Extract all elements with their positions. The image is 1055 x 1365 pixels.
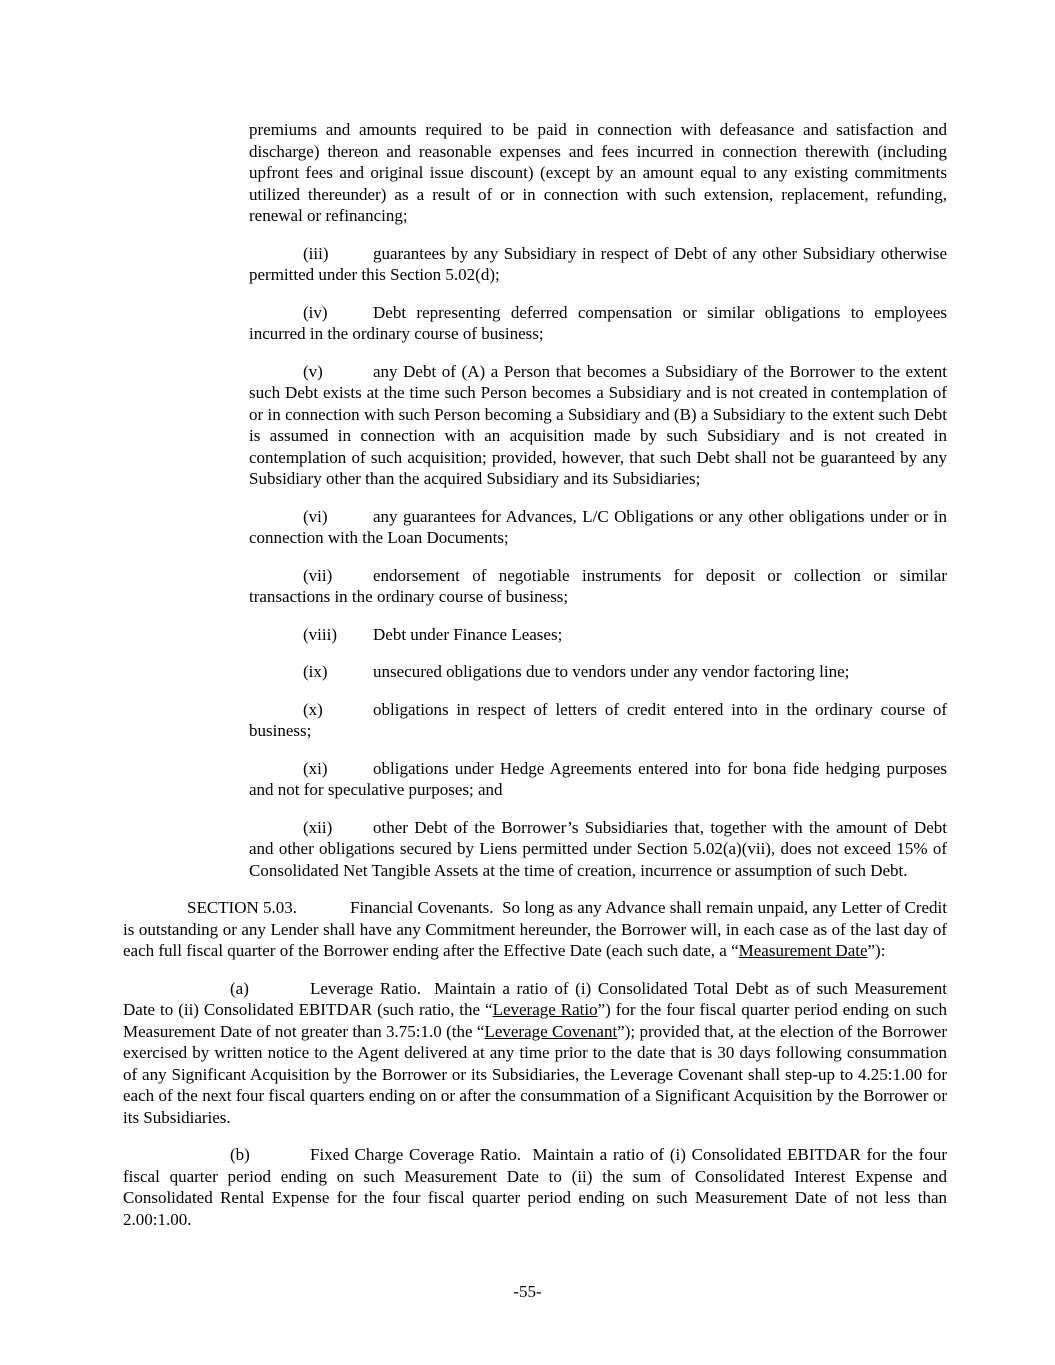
section-number-label: SECTION 5.03. [187,897,350,919]
page-footer: -55- [0,1281,1055,1303]
defined-term-leverage-covenant: Leverage Covenant [484,1022,617,1041]
list-item-label: (viii) [303,624,373,646]
list-item-vii: (vii)endorsement of negotiable instrumen… [249,565,947,608]
list-item-label: (iii) [303,243,373,265]
clause-b-paragraph: (b)Fixed Charge Coverage Ratio. Maintain… [123,1144,947,1230]
list-item-label: (iv) [303,302,373,324]
list-item-label: (xi) [303,758,373,780]
list-item-label: (xii) [303,817,373,839]
list-item-label: (ix) [303,661,373,683]
list-item-iv: (iv)Debt representing deferred compensat… [249,302,947,345]
list-item-label: (vii) [303,565,373,587]
list-item-label: (v) [303,361,373,383]
list-item-viii: (viii)Debt under Finance Leases; [249,624,947,646]
list-item-vi: (vi)any guarantees for Advances, L/C Obl… [249,506,947,549]
document-page: premiums and amounts required to be paid… [0,0,1055,1365]
list-item-text: unsecured obligations due to vendors und… [373,662,849,681]
document-body: premiums and amounts required to be paid… [123,119,947,1246]
list-item-label: (x) [303,699,373,721]
list-item-xi: (xi)obligations under Hedge Agreements e… [249,758,947,801]
clause-label: (a) [230,978,310,1000]
page-number: -55- [513,1282,541,1301]
list-item-ix: (ix)unsecured obligations due to vendors… [249,661,947,683]
section-body-text: ”): [868,941,886,960]
clause-label: (b) [230,1144,310,1166]
paragraph-text: premiums and amounts required to be paid… [249,120,947,225]
list-item-text: Debt under Finance Leases; [373,625,562,644]
list-item-iii: (iii)guarantees by any Subsidiary in res… [249,243,947,286]
list-item-v: (v)any Debt of (A) a Person that becomes… [249,361,947,490]
defined-term-leverage-ratio: Leverage Ratio [493,1000,598,1019]
list-item-label: (vi) [303,506,373,528]
list-item-x: (x)obligations in respect of letters of … [249,699,947,742]
section-title: Financial Covenants. [350,898,502,917]
defined-term-measurement-date: Measurement Date [739,941,868,960]
section-5-03-paragraph: SECTION 5.03.Financial Covenants. So lon… [123,897,947,962]
clause-title: Fixed Charge Coverage Ratio. [310,1145,533,1164]
clause-a-paragraph: (a)Leverage Ratio. Maintain a ratio of (… [123,978,947,1129]
clause-title: Leverage Ratio. [310,979,434,998]
paragraph-continuation: premiums and amounts required to be paid… [249,119,947,227]
list-item-xii: (xii)other Debt of the Borrower’s Subsid… [249,817,947,882]
